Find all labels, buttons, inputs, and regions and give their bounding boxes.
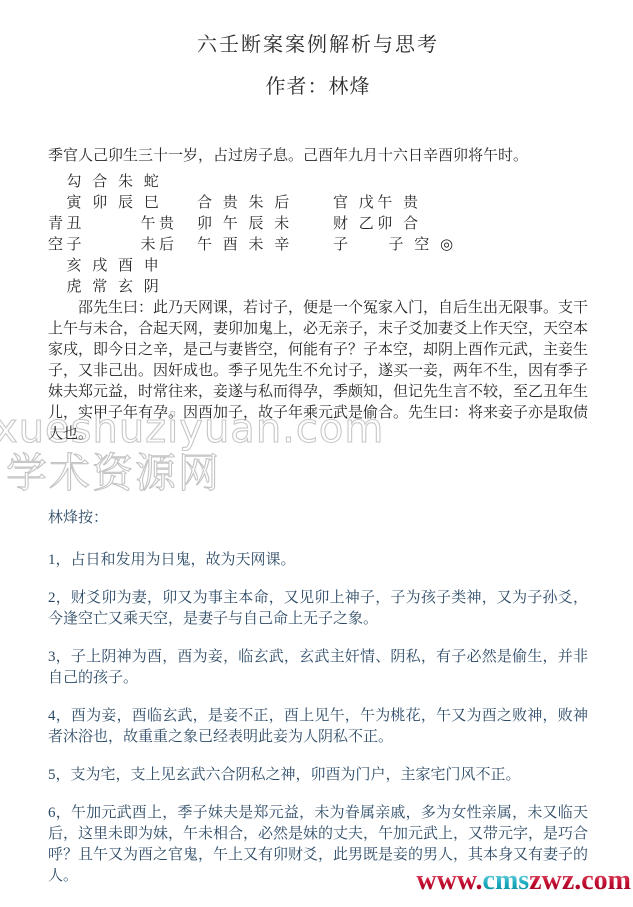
note-item-2: 2，财爻卯为妻，卯又为事主本命，又见卯上神子，子为孩子类神，又为子孙爻，今逢空亡… <box>48 588 588 630</box>
document-content: 六壬断案案例解析与思考 作者：林烽 季官人己卯生三十一岁，占过房子息。己酉年九月… <box>0 33 633 887</box>
doc-title: 六壬断案案例解析与思考 <box>48 33 588 57</box>
heaven-earth-plate: 勾 合 朱 蛇 寅 卯 辰 巳 青丑 午贵 空子 未后 亥 戌 酉 申 虎 常 … <box>48 172 178 298</box>
note-item-5: 5，支为宅，支上见玄武六合阴私之神，卯酉为门户，主家宅门风不正。 <box>48 765 588 786</box>
site-logo-segment-zwz: zwz.com <box>529 865 631 896</box>
note-item-1: 1，占日和发用为日鬼，故为天网课。 <box>48 550 588 571</box>
notes-heading: 林烽按： <box>48 508 588 529</box>
four-lessons: 合 贵 朱 后 卯 午 辰 未 午 酉 未 辛 <box>197 193 293 256</box>
site-logo: www.cmszwz.com <box>416 864 631 898</box>
three-transmissions: 官 戊午 贵 财 乙卯 合 子 子 空 ◎ <box>333 193 457 256</box>
note-item-4: 4，酉为妾，酉临玄武，是妾不正，酉上见午，午为桃花，午又为酉之败神，败神者沐浴也… <box>48 706 588 748</box>
document-page: xueshuziyuan.com 学术资源网 六壬断案案例解析与思考 作者：林烽… <box>0 0 633 907</box>
case-intro-paragraph: 季官人己卯生三十一岁，占过房子息。己酉年九月十六日辛酉卯将午时。 <box>48 146 588 167</box>
site-logo-segment-www: www. <box>416 865 482 896</box>
liuren-chart: 勾 合 朱 蛇 寅 卯 辰 巳 青丑 午贵 空子 未后 亥 戌 酉 申 虎 常 … <box>48 172 588 298</box>
doc-author: 作者：林烽 <box>48 75 588 99</box>
shao-commentary-paragraph: 邵先生曰：此乃天网课，若讨子，便是一个冤家入门，自后生出无限事。支干上午与未合，… <box>48 298 588 445</box>
note-item-3: 3，子上阴神为酉，酉为妾，临玄武，玄武主奸情、阴私，有子必然是偷生，并非自己的孩… <box>48 647 588 689</box>
site-logo-segment-cms: cms <box>483 865 530 896</box>
